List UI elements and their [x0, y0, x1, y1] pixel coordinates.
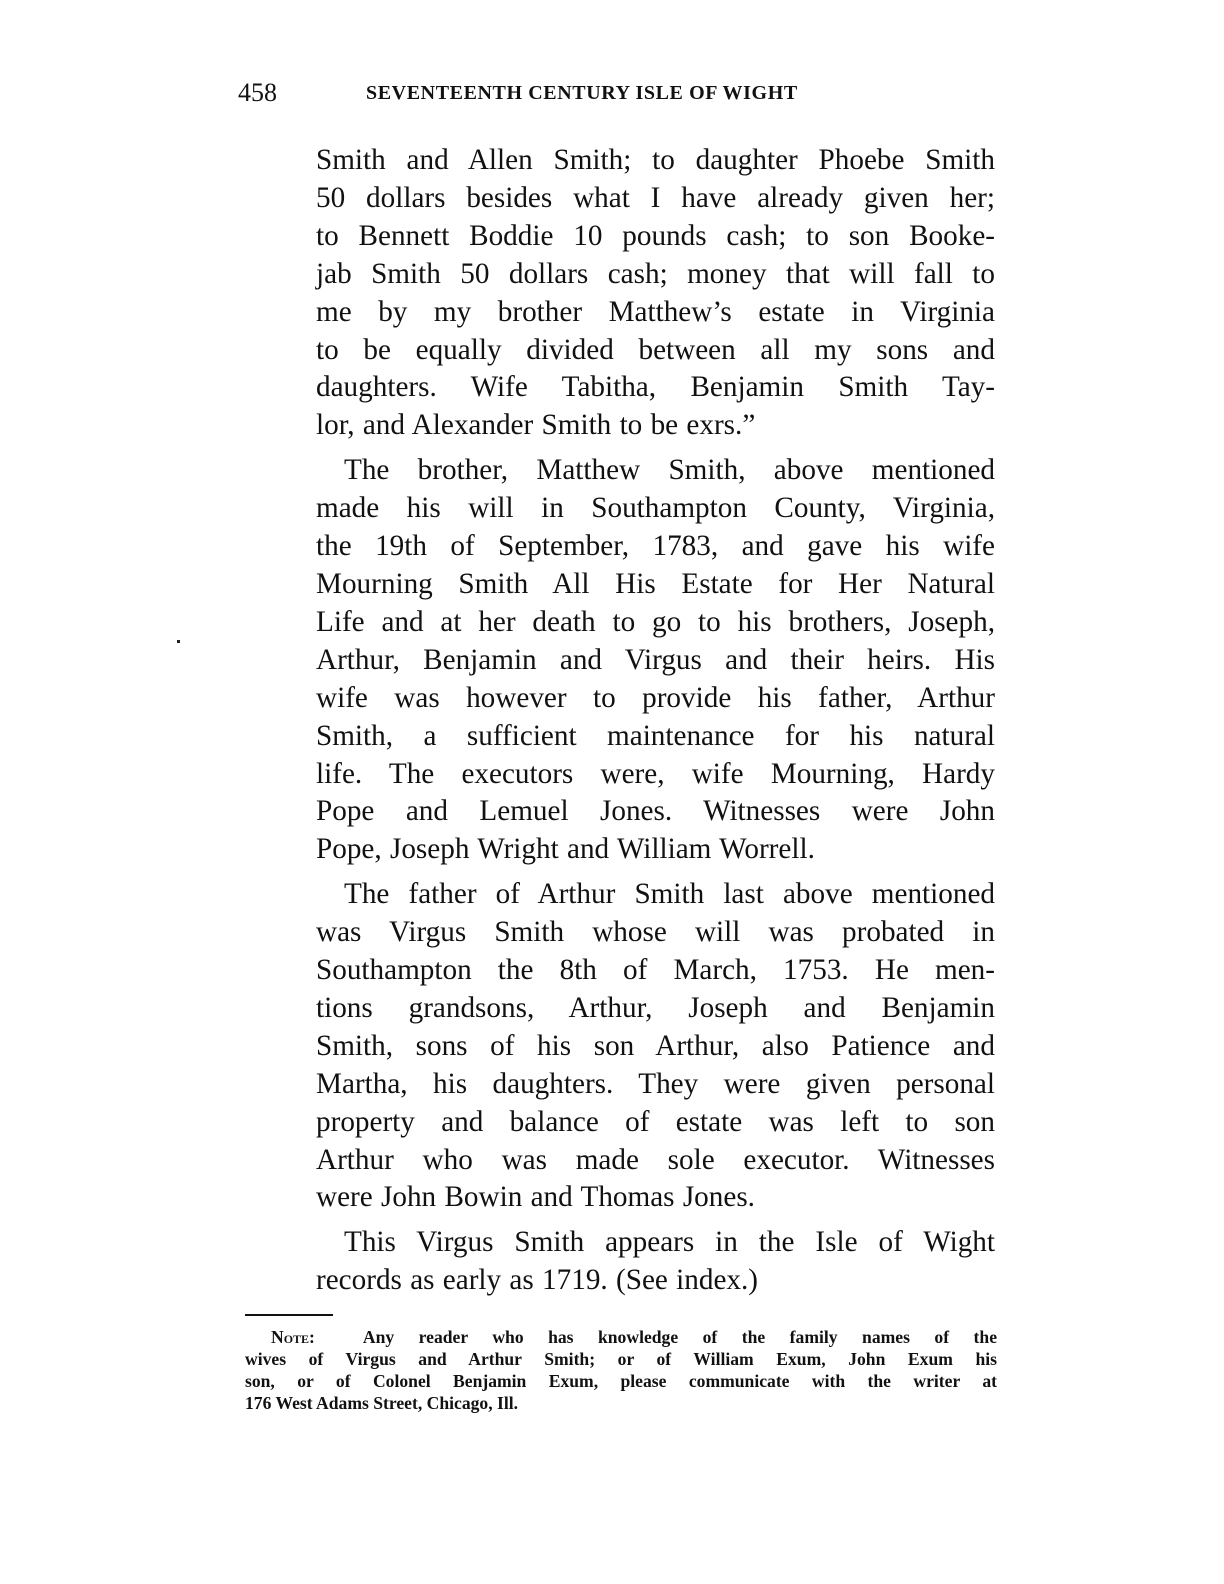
text-line: life. The executors were, wife Mourning,… [316, 756, 995, 794]
text-line: wife was however to provide his father, … [316, 680, 995, 718]
text-line: made his will in Southampton County, Vir… [316, 490, 995, 528]
scan-speck [177, 640, 180, 643]
text-line: lor, and Alexander Smith to be exrs.” [316, 407, 995, 445]
text-line: Smith, sons of his son Arthur, also Pati… [316, 1028, 995, 1066]
text-line: Arthur who was made sole executor. Witne… [316, 1142, 995, 1180]
text-line: records as early as 1719. (See index.) [316, 1262, 995, 1300]
text-line: Smith and Allen Smith; to daughter Phoeb… [316, 142, 995, 180]
text-line: Martha, his daughters. They were given p… [316, 1066, 995, 1104]
text-line: 50 dollars besides what I have already g… [316, 180, 995, 218]
text-line: Pope and Lemuel Jones. Witnesses were Jo… [316, 793, 995, 831]
text-line: to be equally divided between all my son… [316, 332, 995, 370]
text-line: daughters. Wife Tabitha, Benjamin Smith … [316, 369, 995, 407]
text-line: Life and at her death to go to his broth… [316, 604, 995, 642]
paragraph-3: The father of Arthur Smith last above me… [316, 876, 995, 1217]
text-line: Mourning Smith All His Estate for Her Na… [316, 566, 995, 604]
document-page: 458 SEVENTEENTH CENTURY ISLE OF WIGHT Sm… [0, 0, 1224, 1584]
text-line: Arthur, Benjamin and Virgus and their he… [316, 642, 995, 680]
text-line: Smith, a sufficient maintenance for his … [316, 718, 995, 756]
text-line: The father of Arthur Smith last above me… [316, 876, 995, 914]
footnote-line: Note: Any reader who has knowledge of th… [245, 1326, 997, 1348]
footnote-text: Any reader who has knowledge of the fami… [363, 1327, 997, 1347]
text-line: was Virgus Smith whose will was probated… [316, 914, 995, 952]
paragraph-4: This Virgus Smith appears in the Isle of… [316, 1224, 995, 1300]
footnote: Note: Any reader who has knowledge of th… [245, 1326, 997, 1414]
note-label: Note: [271, 1327, 315, 1347]
text-line: to Bennett Boddie 10 pounds cash; to son… [316, 218, 995, 256]
footnote-rule [245, 1314, 333, 1316]
footnote-line: 176 West Adams Street, Chicago, Ill. [245, 1392, 997, 1414]
running-head: 458 SEVENTEENTH CENTURY ISLE OF WIGHT [238, 78, 998, 112]
text-line: were John Bowin and Thomas Jones. [316, 1179, 995, 1217]
text-line: The brother, Matthew Smith, above mentio… [316, 452, 995, 490]
footnote-line: wives of Virgus and Arthur Smith; or of … [245, 1348, 997, 1370]
text-line: me by my brother Matthew’s estate in Vir… [316, 294, 995, 332]
text-line: This Virgus Smith appears in the Isle of… [316, 1224, 995, 1262]
paragraph-1: Smith and Allen Smith; to daughter Phoeb… [316, 142, 995, 445]
text-line: Southampton the 8th of March, 1753. He m… [316, 952, 995, 990]
text-line: jab Smith 50 dollars cash; money that wi… [316, 256, 995, 294]
paragraph-2: The brother, Matthew Smith, above mentio… [316, 452, 995, 869]
text-line: the 19th of September, 1783, and gave hi… [316, 528, 995, 566]
page-number: 458 [238, 78, 277, 108]
footnote-line: son, or of Colonel Benjamin Exum, please… [245, 1370, 997, 1392]
running-title: SEVENTEENTH CENTURY ISLE OF WIGHT [366, 82, 798, 105]
text-line: Pope, Joseph Wright and William Worrell. [316, 831, 995, 869]
body-text: Smith and Allen Smith; to daughter Phoeb… [316, 142, 995, 1307]
text-line: tions grandsons, Arthur, Joseph and Benj… [316, 990, 995, 1028]
text-line: property and balance of estate was left … [316, 1104, 995, 1142]
